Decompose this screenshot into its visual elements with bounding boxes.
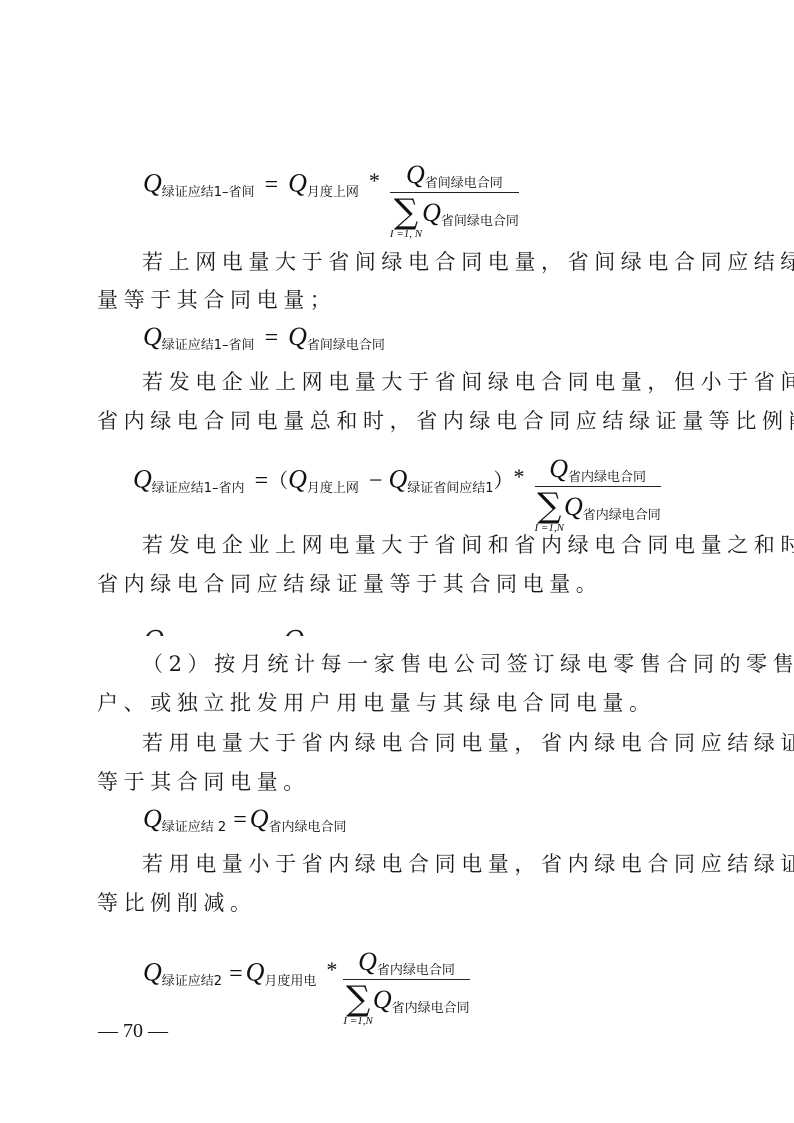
denominator: ∑I =1,NQ省内绿电合同 (535, 487, 661, 534)
paragraph-3-line-2: 省内绿电合同应结绿证量等于其合同电量。 (97, 574, 602, 595)
formula-retail-certificate-equals-contract: Q绿证应结 2 =Q省内绿电合同 (143, 804, 347, 834)
symbol-q: Q (358, 947, 377, 976)
sum-limits: I =1, N (390, 229, 422, 240)
paragraph-6-line-2: 等比例削减。 (97, 893, 257, 914)
numerator: Q省内绿电合同 (343, 947, 469, 980)
subscript: 省内绿电合同 (392, 1001, 470, 1016)
formula-in-province-certificate-proportional: Q绿证应结1–省内 =（Q月度上网 −Q绿证省间应结1）* Q省内绿电合同 ∑I… (133, 444, 661, 524)
symbol-q: Q (288, 322, 307, 351)
subscript: 月度上网 (307, 185, 359, 200)
subscript: 绿证应结1–省内 (152, 481, 245, 496)
symbol-q: Q (246, 958, 265, 987)
equals-sign: = (255, 468, 269, 494)
symbol-q: Q (564, 492, 583, 521)
formula-provincial-certificate-equals-contract: Q绿证应结1–省间 = Q省间绿电合同 (143, 322, 385, 352)
symbol-q: Q (549, 454, 568, 483)
fraction: Q省内绿电合同 ∑I =1,NQ省内绿电合同 (535, 454, 661, 534)
symbol-q: Q (143, 626, 164, 636)
multiply-sign: * (326, 957, 337, 982)
paragraph-5-line-2: 等于其合同电量。 (97, 772, 310, 793)
close-paren: ） (494, 471, 514, 493)
paragraph-2-line-2: 省内绿电合同电量总和时，省内绿电合同应结绿证量等比例削减。 (97, 411, 794, 432)
paragraph-1-line-1: 若上网电量大于省间绿电合同电量，省间绿电合同应结绿证 (142, 252, 794, 273)
sigma: ∑ (535, 489, 564, 523)
symbol-q: Q (406, 160, 425, 189)
equals-sign: = (265, 325, 279, 351)
paragraph-2-line-1: 若发电企业上网电量大于省间绿电合同电量，但小于省间与 (142, 372, 794, 393)
numerator: Q省间绿电合同 (390, 160, 519, 193)
subscript: 省内绿电合同 (568, 470, 646, 485)
paragraph-3-line-1: 若发电企业上网电量大于省间和省内绿电合同电量之和时， (142, 535, 794, 556)
denominator: ∑I =1, NQ省间绿电合同 (390, 193, 519, 240)
sigma: ∑ (390, 195, 422, 229)
paragraph-4-line-1: （2）按月统计每一家售电公司签订绿电零售合同的零售用 (142, 654, 794, 675)
summation-icon: ∑I =1,N (535, 489, 564, 534)
subscript: 绿证省间应结1 (407, 481, 493, 496)
formula-provincial-certificate-proportional: Q绿证应结1–省间 = Q月度上网 * Q省间绿电合同 ∑I =1, NQ省间绿… (143, 148, 519, 228)
formula-retail-certificate-proportional: Q绿证应结2 =Q月度用电 * Q省内绿电合同 ∑I =1,NQ省内绿电合同 (143, 937, 470, 1017)
sigma: ∑ (343, 982, 372, 1016)
multiply-sign: * (514, 464, 525, 489)
clipped-formula: Q Q (143, 626, 443, 636)
subscript: 省间绿电合同 (441, 214, 519, 229)
subscript: 绿证应结2 (162, 974, 222, 989)
equals-sign: = (233, 807, 247, 833)
paragraph-6-line-1: 若用电量小于省内绿电合同电量，省内绿电合同应结绿证量 (142, 854, 794, 875)
subscript: 月度用电 (264, 974, 316, 989)
denominator: ∑I =1,NQ省内绿电合同 (343, 980, 469, 1027)
subscript: 省内绿电合同 (377, 963, 455, 978)
subscript: 月度上网 (307, 481, 359, 496)
sum-limits: I =1,N (343, 1016, 372, 1027)
subscript: 绿证应结1–省间 (162, 185, 255, 200)
symbol-q: Q (288, 465, 307, 494)
subscript: 省内绿电合同 (583, 508, 661, 523)
subscript: 省间绿电合同 (425, 176, 503, 191)
summation-icon: ∑I =1, N (390, 195, 422, 240)
symbol-q: Q (143, 958, 162, 987)
subscript: 省间绿电合同 (307, 338, 385, 353)
symbol-q: Q (288, 169, 307, 198)
symbol-q: Q (283, 626, 304, 636)
equals-sign: = (229, 961, 243, 987)
multiply-sign: * (369, 168, 380, 193)
subscript: 省内绿电合同 (269, 820, 347, 835)
subscript: 绿证应结1–省间 (162, 338, 255, 353)
page-number: — 70 — (98, 1020, 168, 1043)
fraction: Q省内绿电合同 ∑I =1,NQ省内绿电合同 (343, 947, 469, 1027)
open-paren: （ (268, 471, 288, 493)
symbol-q: Q (133, 465, 152, 494)
equals-sign: = (265, 172, 279, 198)
paragraph-5-line-1: 若用电量大于省内绿电合同电量，省内绿电合同应结绿证量 (142, 733, 794, 754)
symbol-q: Q (422, 198, 441, 227)
summation-icon: ∑I =1,N (343, 982, 372, 1027)
symbol-q: Q (143, 804, 162, 833)
symbol-q: Q (143, 169, 162, 198)
symbol-q: Q (143, 322, 162, 351)
paragraph-1-line-2: 量等于其合同电量； (97, 290, 336, 311)
subscript: 绿证应结 2 (162, 820, 226, 835)
numerator: Q省内绿电合同 (535, 454, 661, 487)
symbol-q: Q (388, 465, 407, 494)
symbol-q: Q (373, 985, 392, 1014)
symbol-q: Q (250, 804, 269, 833)
minus-sign: − (369, 468, 383, 494)
paragraph-4-line-2: 户、或独立批发用户用电量与其绿电合同电量。 (97, 693, 656, 714)
fraction: Q省间绿电合同 ∑I =1, NQ省间绿电合同 (390, 160, 519, 240)
